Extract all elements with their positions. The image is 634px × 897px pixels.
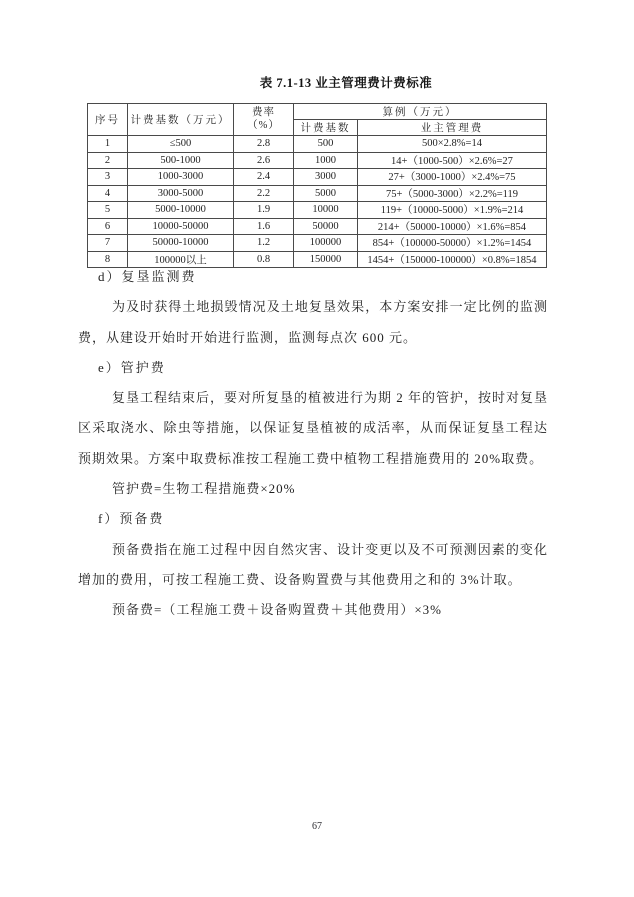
formula-line: 管护费=生物工程措施费×20% <box>78 474 548 504</box>
col-header-base: 计费基数（万元） <box>128 104 234 136</box>
table-cell: ≤500 <box>128 136 234 153</box>
table-cell: 2.8 <box>234 136 294 153</box>
table-row: 7 50000-10000 1.2 100000 854+（100000-500… <box>88 235 547 252</box>
table-cell: 3000-5000 <box>128 185 234 202</box>
table-cell: 1.6 <box>234 218 294 235</box>
table-row: 6 10000-50000 1.6 50000 214+（50000-10000… <box>88 218 547 235</box>
table-cell: 2.2 <box>234 185 294 202</box>
table-cell: 1.2 <box>234 235 294 252</box>
paragraph-line: 为及时获得土地损毁情况及土地复垦效果，本方案安排一定比例的监测 <box>78 292 548 322</box>
table-cell: 14+（1000-500）×2.6%=27 <box>358 152 547 169</box>
table-cell: 7 <box>88 235 128 252</box>
table-cell: 1000-3000 <box>128 169 234 186</box>
paragraph-line: 预期效果。方案中取费标准按工程施工费中植物工程措施费用的 20%取费。 <box>78 444 548 474</box>
formula-line: 预备费=（工程施工费＋设备购置费＋其他费用）×3% <box>78 595 548 625</box>
table-cell: 50000 <box>294 218 358 235</box>
table-caption: 表 7.1-13 业主管理费计费标准 <box>29 73 634 91</box>
body-text: d）复垦监测费 为及时获得土地损毁情况及土地复垦效果，本方案安排一定比例的监测 … <box>78 262 548 626</box>
table-cell: 3000 <box>294 169 358 186</box>
paragraph-line: 复垦工程结束后，要对所复垦的植被进行为期 2 年的管护，按时对复垦地 <box>78 383 548 413</box>
table-cell: 6 <box>88 218 128 235</box>
table-cell: 100000 <box>294 235 358 252</box>
table-cell: 5 <box>88 202 128 219</box>
table-cell: 500-1000 <box>128 152 234 169</box>
table-cell: 1000 <box>294 152 358 169</box>
col-header-example-group: 算例（万元） <box>294 104 547 120</box>
page-number: 67 <box>0 821 634 832</box>
col-header-rate: 费率 （%） <box>234 104 294 136</box>
table-cell: 500 <box>294 136 358 153</box>
section-heading: e）管护费 <box>78 353 548 383</box>
paragraph-line: 费，从建设开始时开始进行监测，监测每点次 600 元。 <box>78 323 548 353</box>
table-cell: 2.6 <box>234 152 294 169</box>
paragraph-line: 增加的费用，可按工程施工费、设备购置费与其他费用之和的 3%计取。 <box>78 565 548 595</box>
table-row: 2 500-1000 2.6 1000 14+（1000-500）×2.6%=2… <box>88 152 547 169</box>
table-row: 3 1000-3000 2.4 3000 27+（3000-1000）×2.4%… <box>88 169 547 186</box>
table-cell: 214+（50000-10000）×1.6%=854 <box>358 218 547 235</box>
table-cell: 5000 <box>294 185 358 202</box>
table-cell: 1 <box>88 136 128 153</box>
paragraph-line: 预备费指在施工过程中因自然灾害、设计变更以及不可预测因素的变化而 <box>78 535 548 565</box>
col-header-rate-line1: 费率 <box>234 107 293 120</box>
table-row: 1 ≤500 2.8 500 500×2.8%=14 <box>88 136 547 153</box>
table-cell: 75+（5000-3000）×2.2%=119 <box>358 185 547 202</box>
table-cell: 4 <box>88 185 128 202</box>
section-heading: d）复垦监测费 <box>78 262 548 292</box>
col-header-example-base: 计费基数 <box>294 120 358 136</box>
table-row: 5 5000-10000 1.9 10000 119+（10000-5000）×… <box>88 202 547 219</box>
col-header-example-fee: 业主管理费 <box>358 120 547 136</box>
table-cell: 854+（100000-50000）×1.2%=1454 <box>358 235 547 252</box>
table-cell: 3 <box>88 169 128 186</box>
table-cell: 10000 <box>294 202 358 219</box>
col-header-rate-line2: （%） <box>234 120 293 133</box>
table-cell: 50000-10000 <box>128 235 234 252</box>
table-row: 4 3000-5000 2.2 5000 75+（5000-3000）×2.2%… <box>88 185 547 202</box>
table-cell: 10000-50000 <box>128 218 234 235</box>
table-cell: 2 <box>88 152 128 169</box>
table-cell: 27+（3000-1000）×2.4%=75 <box>358 169 547 186</box>
section-heading: f）预备费 <box>78 504 548 534</box>
table-cell: 2.4 <box>234 169 294 186</box>
table-cell: 500×2.8%=14 <box>358 136 547 153</box>
col-header-index: 序号 <box>88 104 128 136</box>
table-cell: 119+（10000-5000）×1.9%=214 <box>358 202 547 219</box>
table-header-row: 序号 计费基数（万元） 费率 （%） 算例（万元） <box>88 104 547 120</box>
table-cell: 5000-10000 <box>128 202 234 219</box>
paragraph-line: 区采取浇水、除虫等措施，以保证复垦植被的成活率，从而保证复垦工程达到 <box>78 413 548 443</box>
document-page: 表 7.1-13 业主管理费计费标准 序号 计费基数（万元） 费率 （%） 算例… <box>0 0 634 897</box>
table-cell: 1.9 <box>234 202 294 219</box>
fee-table: 序号 计费基数（万元） 费率 （%） 算例（万元） 计费基数 业主管理费 1 ≤… <box>87 103 547 268</box>
